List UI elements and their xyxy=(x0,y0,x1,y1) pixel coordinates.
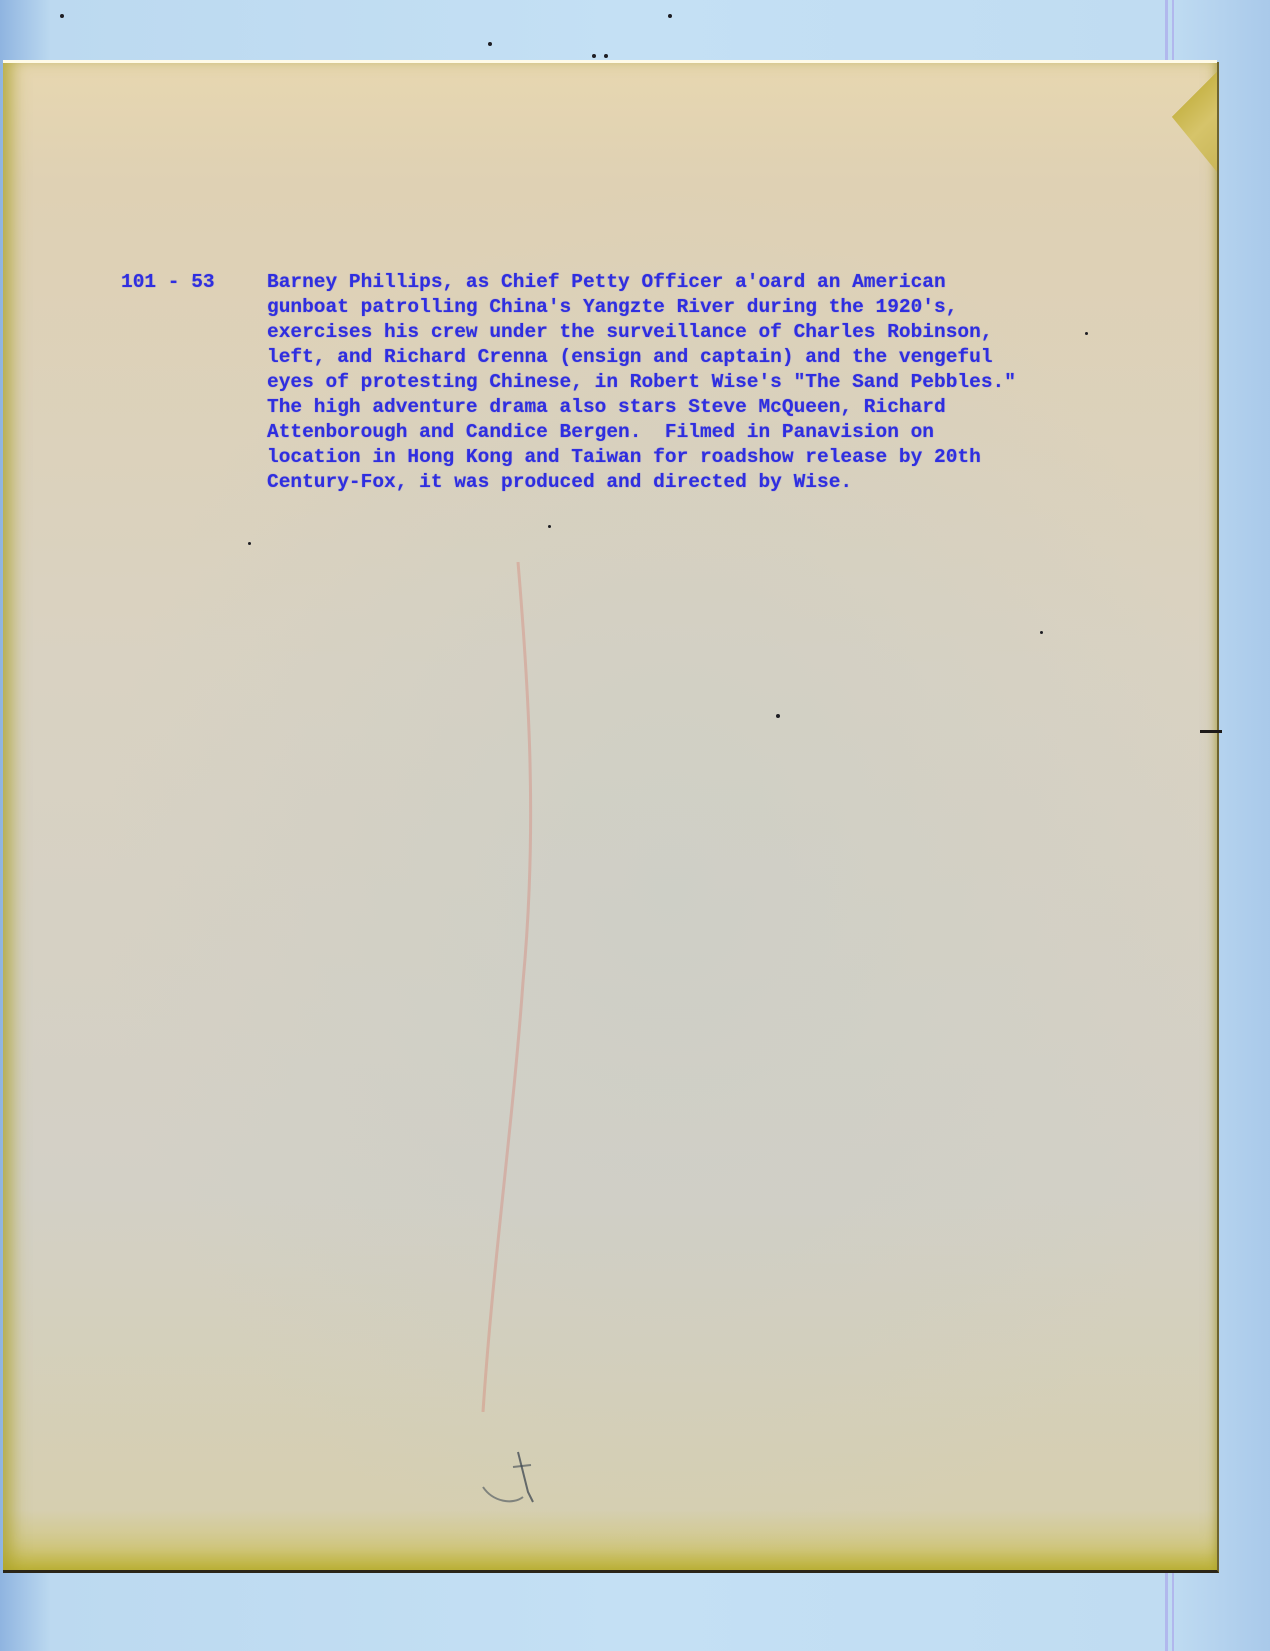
caption-line: Barney Phillips, as Chief Petty Officer … xyxy=(267,270,1027,295)
red-pencil-streak xyxy=(478,562,548,1412)
still-number: 101 - 53 xyxy=(121,270,221,495)
caption-text: Barney Phillips, as Chief Petty Officer … xyxy=(267,270,1027,495)
caption-line: Attenborough and Candice Bergen. Filmed … xyxy=(267,420,1027,445)
caption-line: exercises his crew under the surveillanc… xyxy=(267,320,1027,345)
caption-line: eyes of protesting Chinese, in Robert Wi… xyxy=(267,370,1027,395)
caption-line: left, and Richard Crenna (ensign and cap… xyxy=(267,345,1027,370)
caption-line: gunboat patrolling China's Yangzte River… xyxy=(267,295,1027,320)
press-caption: 101 - 53 Barney Phillips, as Chief Petty… xyxy=(121,270,1027,495)
page-top-edge xyxy=(3,60,1217,63)
dust-speck xyxy=(668,14,672,18)
dust-speck xyxy=(1040,631,1043,634)
folded-corner xyxy=(1127,62,1217,172)
dust-speck xyxy=(60,14,64,18)
dust-speck xyxy=(592,54,596,58)
dust-speck xyxy=(548,525,551,528)
dust-speck xyxy=(776,714,780,718)
edge-tick-mark xyxy=(1200,730,1222,733)
dust-speck xyxy=(604,54,608,58)
dust-speck xyxy=(488,42,492,46)
caption-line: Century-Fox, it was produced and directe… xyxy=(267,470,1027,495)
dust-speck xyxy=(1085,332,1088,335)
photo-back-page: 101 - 53 Barney Phillips, as Chief Petty… xyxy=(3,62,1219,1573)
dust-speck xyxy=(248,542,251,545)
pencil-scribble-icon xyxy=(473,1447,553,1507)
caption-line: location in Hong Kong and Taiwan for roa… xyxy=(267,445,1027,470)
caption-line: The high adventure drama also stars Stev… xyxy=(267,395,1027,420)
